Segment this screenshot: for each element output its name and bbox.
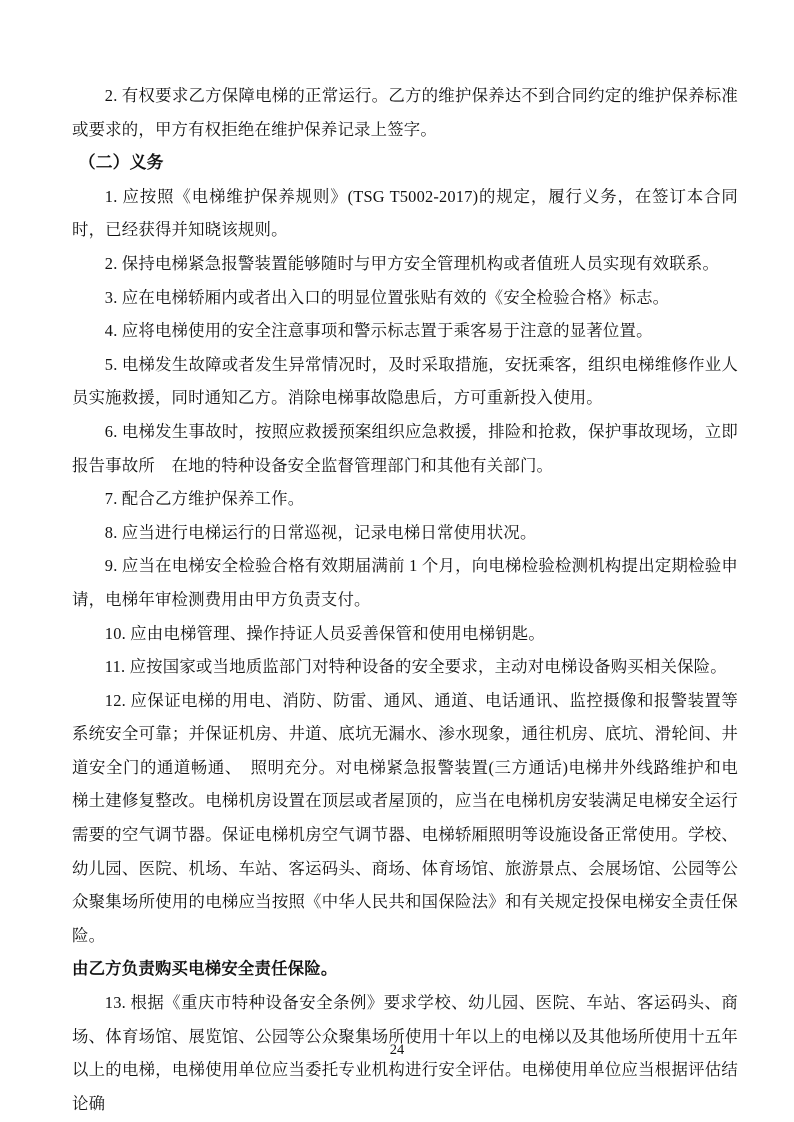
obligation-clause-1: 1. 应按照《电梯维护保养规则》(TSG T5002-2017)的规定，履行义务… (72, 180, 738, 247)
obligation-clause-10: 10. 应由电梯管理、操作持证人员妥善保管和使用电梯钥匙。 (72, 617, 738, 651)
document-body: 2. 有权要求乙方保障电梯的正常运行。乙方的维护保养达不到合同约定的维护保养标准… (72, 79, 738, 1120)
obligation-clause-12-bold-sentence: 由乙方负责购买电梯安全责任保险。 (72, 952, 738, 986)
clause-party-a-rights-2: 2. 有权要求乙方保障电梯的正常运行。乙方的维护保养达不到合同约定的维护保养标准… (72, 79, 738, 146)
obligation-clause-5: 5. 电梯发生故障或者发生异常情况时，及时采取措施，安抚乘客，组织电梯维修作业人… (72, 348, 738, 415)
obligation-clause-9: 9. 应当在电梯安全检验合格有效期届满前 1 个月，向电梯检验检测机构提出定期检… (72, 549, 738, 616)
obligation-clause-2: 2. 保持电梯紧急报警装置能够随时与甲方安全管理机构或者值班人员实现有效联系。 (72, 247, 738, 281)
page-number: 24 (0, 1042, 794, 1059)
obligation-clause-3: 3. 应在电梯轿厢内或者出入口的明显位置张贴有效的《安全检验合格》标志。 (72, 281, 738, 315)
obligation-clause-6: 6. 电梯发生事故时，按照应救援预案组织应急救援，排险和抢救，保护事故现场，立即… (72, 415, 738, 482)
obligation-clause-7: 7. 配合乙方维护保养工作。 (72, 482, 738, 516)
document-page: 2. 有权要求乙方保障电梯的正常运行。乙方的维护保养达不到合同约定的维护保养标准… (0, 0, 794, 1122)
obligation-clause-11: 11. 应按国家或当地质监部门对特种设备的安全要求，主动对电梯设备购买相关保险。 (72, 650, 738, 684)
obligation-clause-12: 12. 应保证电梯的用电、消防、防雷、通风、通道、电话通讯、监控摄像和报警装置等… (72, 684, 738, 953)
obligation-clause-8: 8. 应当进行电梯运行的日常巡视，记录电梯日常使用状况。 (72, 516, 738, 550)
obligation-clause-4: 4. 应将电梯使用的安全注意事项和警示标志置于乘客易于注意的显著位置。 (72, 314, 738, 348)
section-heading-obligations: （二）义务 (72, 146, 738, 180)
